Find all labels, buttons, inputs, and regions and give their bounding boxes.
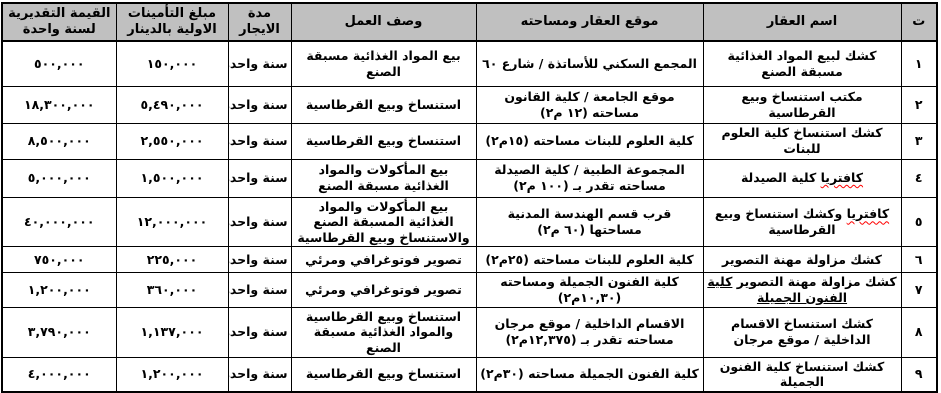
cell-location: موقع الجامعة / كلية القانون مساحته (١٢ م… xyxy=(476,86,703,123)
cell-name: كشك مزاولة مهنة التصوير كلية الفنون الجم… xyxy=(703,273,901,307)
table-row: ٢مكتب استنساخ وبيع القرطاسيةموقع الجامعة… xyxy=(2,86,937,123)
column-header-num: ت xyxy=(901,3,937,41)
cell-work: بيع المأكولات والمواد الغذائية مسبقة الص… xyxy=(291,159,476,197)
column-header-deposit: مبلغ التأمينات الاولية بالدينار xyxy=(116,3,228,41)
table-row: ٦كشك مزاولة مهنة التصويركلية العلوم للبن… xyxy=(2,247,937,273)
cell-deposit: ١٥٠,٠٠٠ xyxy=(116,41,228,86)
cell-value: ٥٠٠,٠٠٠ xyxy=(2,41,116,86)
cell-work: بيع المواد الغذائية مسبقة الصنع xyxy=(291,41,476,86)
cell-duration: سنة واحدة xyxy=(228,197,291,247)
cell-name: كافتريا كلية الصيدلة xyxy=(703,159,901,197)
cell-deposit: ٢٢٥,٠٠٠ xyxy=(116,247,228,273)
cell-name: كشك مزاولة مهنة التصوير xyxy=(703,247,901,273)
column-header-work: وصف العمل xyxy=(291,3,476,41)
table-row: ١كشك لبيع المواد الغذائية مسبقة الصنعالم… xyxy=(2,41,937,86)
cell-num: ٣ xyxy=(901,123,937,159)
cell-value: ٨,٥٠٠,٠٠٠ xyxy=(2,123,116,159)
cell-value: ٤٠,٠٠٠,٠٠٠ xyxy=(2,197,116,247)
cell-location: كلية العلوم للبنات مساحته (٢٥م٢) xyxy=(476,247,703,273)
cell-value: ٤,٠٠٠,٠٠٠ xyxy=(2,357,116,392)
column-header-location: موقع العقار ومساحته xyxy=(476,3,703,41)
cell-num: ١ xyxy=(901,41,937,86)
cell-location: المجمع السكني للأساتذة / شارع ٦٠ xyxy=(476,41,703,86)
misspelled-word: كافتريا xyxy=(847,206,889,221)
cell-deposit: ١,٥٠٠,٠٠٠ xyxy=(116,159,228,197)
misspelled-word: كافتريا xyxy=(821,170,863,185)
cell-value: ٥,٠٠٠,٠٠٠ xyxy=(2,159,116,197)
cell-num: ٤ xyxy=(901,159,937,197)
cell-duration: سنة واحدة xyxy=(228,41,291,86)
cell-location: المجموعة الطبية / كلية الصيدلة مساحته تق… xyxy=(476,159,703,197)
cell-num: ٧ xyxy=(901,273,937,307)
text-segment: كشك مزاولة مهنة التصوير xyxy=(732,274,896,289)
cell-num: ٩ xyxy=(901,357,937,392)
cell-location: قرب قسم الهندسة المدنية مساحتها (٦٠ م٢) xyxy=(476,197,703,247)
cell-value: ٧٥٠,٠٠٠ xyxy=(2,247,116,273)
column-header-name: اسم العقار xyxy=(703,3,901,41)
cell-duration: سنة واحدة xyxy=(228,123,291,159)
cell-location: كلية الفنون الجميلة ومساحته (١٠,٣٠م٢) xyxy=(476,273,703,307)
cell-deposit: ١,٢٠٠,٠٠٠ xyxy=(116,357,228,392)
table-row: ٧كشك مزاولة مهنة التصوير كلية الفنون الج… xyxy=(2,273,937,307)
cell-num: ٥ xyxy=(901,197,937,247)
cell-deposit: ١٢,٠٠٠,٠٠٠ xyxy=(116,197,228,247)
cell-value: ١٨,٣٠٠,٠٠٠ xyxy=(2,86,116,123)
column-header-value: القيمة التقديرية لسنة واحدة xyxy=(2,3,116,41)
cell-deposit: ٣٦٠,٠٠٠ xyxy=(116,273,228,307)
cell-work: تصوير فوتوغرافي ومرئي xyxy=(291,273,476,307)
cell-num: ٦ xyxy=(901,247,937,273)
properties-table: تاسم العقارموقع العقار ومساحتهوصف العملم… xyxy=(1,2,938,393)
table-row: ٣كشك استنساخ كلية العلوم للبناتكلية العل… xyxy=(2,123,937,159)
cell-work: استنساخ وبيع القرطاسية والمواد الغذائية … xyxy=(291,307,476,357)
table-row: ٥كافتريا وكشك استنساخ وبيع القرطاسيةقرب … xyxy=(2,197,937,247)
header-row: تاسم العقارموقع العقار ومساحتهوصف العملم… xyxy=(2,3,937,41)
text-segment: كلية الصيدلة xyxy=(741,170,821,185)
cell-work: تصوير فوتوغرافي ومرئي xyxy=(291,247,476,273)
cell-duration: سنة واحدة xyxy=(228,159,291,197)
cell-duration: سنة واحدة xyxy=(228,357,291,392)
cell-duration: سنة واحدة xyxy=(228,86,291,123)
cell-name: كشك استنساخ الاقسام الداخلية / موقع مرجا… xyxy=(703,307,901,357)
table-header: تاسم العقارموقع العقار ومساحتهوصف العملم… xyxy=(2,3,937,41)
cell-duration: سنة واحدة xyxy=(228,273,291,307)
cell-num: ٢ xyxy=(901,86,937,123)
cell-duration: سنة واحدة xyxy=(228,307,291,357)
cell-deposit: ١,١٣٧,٠٠٠ xyxy=(116,307,228,357)
column-header-duration: مدة الايجار xyxy=(228,3,291,41)
cell-name: كشك استنساخ كلية الفنون الجميلة xyxy=(703,357,901,392)
cell-name: مكتب استنساخ وبيع القرطاسية xyxy=(703,86,901,123)
table-row: ٨كشك استنساخ الاقسام الداخلية / موقع مرج… xyxy=(2,307,937,357)
cell-deposit: ٥,٤٩٠,٠٠٠ xyxy=(116,86,228,123)
cell-location: الاقسام الداخلية / موقع مرجان مساحته تقد… xyxy=(476,307,703,357)
cell-location: كلية الفنون الجميلة مساحته (٣٠م٢) xyxy=(476,357,703,392)
cell-duration: سنة واحدة xyxy=(228,247,291,273)
cell-work: استنساخ وبيع القرطاسية xyxy=(291,123,476,159)
cell-value: ٣,٧٩٠,٠٠٠ xyxy=(2,307,116,357)
cell-name: كافتريا وكشك استنساخ وبيع القرطاسية xyxy=(703,197,901,247)
cell-name: كشك استنساخ كلية العلوم للبنات xyxy=(703,123,901,159)
table-row: ٤كافتريا كلية الصيدلةالمجموعة الطبية / ك… xyxy=(2,159,937,197)
table-body: ١كشك لبيع المواد الغذائية مسبقة الصنعالم… xyxy=(2,41,937,392)
cell-num: ٨ xyxy=(901,307,937,357)
cell-work: استنساخ وبيع القرطاسية xyxy=(291,357,476,392)
cell-value: ١,٢٠٠,٠٠٠ xyxy=(2,273,116,307)
cell-name: كشك لبيع المواد الغذائية مسبقة الصنع xyxy=(703,41,901,86)
cell-location: كلية العلوم للبنات مساحته (١٥م٢) xyxy=(476,123,703,159)
document-page: تاسم العقارموقع العقار ومساحتهوصف العملم… xyxy=(0,0,941,361)
cell-deposit: ٢,٥٥٠,٠٠٠ xyxy=(116,123,228,159)
cell-work: بيع المأكولات والمواد الغذائية المسبقة ا… xyxy=(291,197,476,247)
table-row: ٩كشك استنساخ كلية الفنون الجميلةكلية الف… xyxy=(2,357,937,392)
cell-work: استنساخ وبيع القرطاسية xyxy=(291,86,476,123)
text-segment: وكشك استنساخ وبيع القرطاسية xyxy=(715,206,847,237)
